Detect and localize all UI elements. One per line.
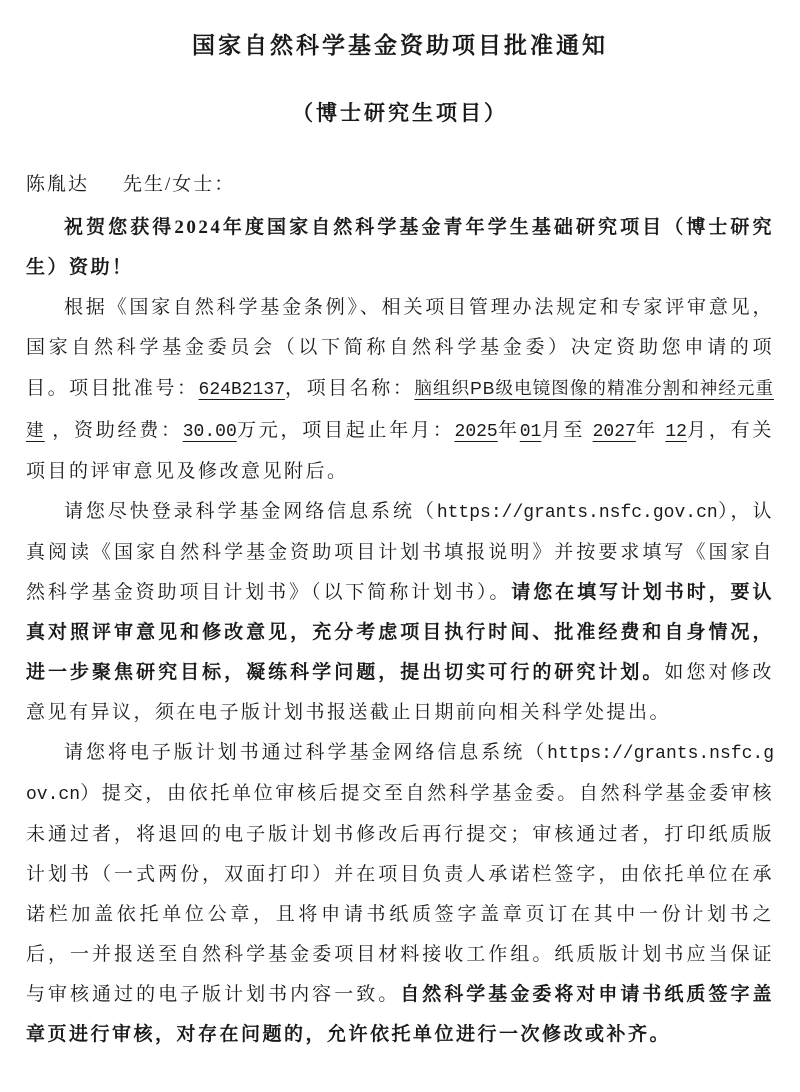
text-run: 祝贺您获得2024年度国家自然科学基金青年学生基础研究项目（博士研究生）资助！	[26, 217, 774, 278]
document-body: 祝贺您获得2024年度国家自然科学基金青年学生基础研究项目（博士研究生）资助！根…	[26, 208, 774, 1055]
paragraph: 请您尽快登录科学基金网络信息系统（https://grants.nsfc.gov…	[26, 492, 774, 733]
text-run: 万元，项目起止年月：	[237, 420, 455, 441]
text-run: ）提交，由依托单位审核后提交至自然科学基金委。自然科学基金委审核未通过者，将退回…	[26, 783, 774, 1005]
underlined-field: 12	[665, 422, 687, 442]
text-run: 年	[498, 420, 520, 441]
text-run: 请您将电子版计划书通过科学基金网络信息系统（	[64, 742, 547, 763]
text-run: 月至	[541, 420, 592, 441]
underlined-field: 2025	[455, 422, 498, 442]
paragraph: 祝贺您获得2024年度国家自然科学基金青年学生基础研究项目（博士研究生）资助！	[26, 208, 774, 288]
underlined-field: 30.00	[183, 422, 237, 442]
paragraph: 请您将电子版计划书通过科学基金网络信息系统（https://grants.nsf…	[26, 733, 774, 1055]
paragraph: 根据《国家自然科学基金条例》、相关项目管理办法规定和专家评审意见，国家自然科学基…	[26, 288, 774, 492]
underlined-field: 2027	[593, 422, 636, 442]
text-run: https://grants.nsfc.gov.cn	[437, 503, 718, 523]
underlined-field: 01	[520, 422, 542, 442]
salutation: 陈胤达先生/女士：	[26, 170, 774, 200]
text-run: 请您尽快登录科学基金网络信息系统（	[64, 501, 437, 522]
document-title: 国家自然科学基金资助项目批准通知	[26, 30, 774, 62]
text-run: ，资助经费：	[45, 420, 183, 441]
text-run: ，项目名称：	[285, 378, 414, 399]
document-subtitle: （博士研究生项目）	[26, 98, 774, 128]
text-run: cn	[58, 785, 80, 805]
text-run: 年	[636, 420, 666, 441]
underlined-field: 624B2137	[199, 380, 285, 400]
recipient-title: 先生/女士：	[123, 174, 235, 195]
notice-document: 国家自然科学基金资助项目批准通知 （博士研究生项目） 陈胤达先生/女士： 祝贺您…	[0, 0, 800, 1092]
recipient-name: 陈胤达	[26, 174, 89, 195]
